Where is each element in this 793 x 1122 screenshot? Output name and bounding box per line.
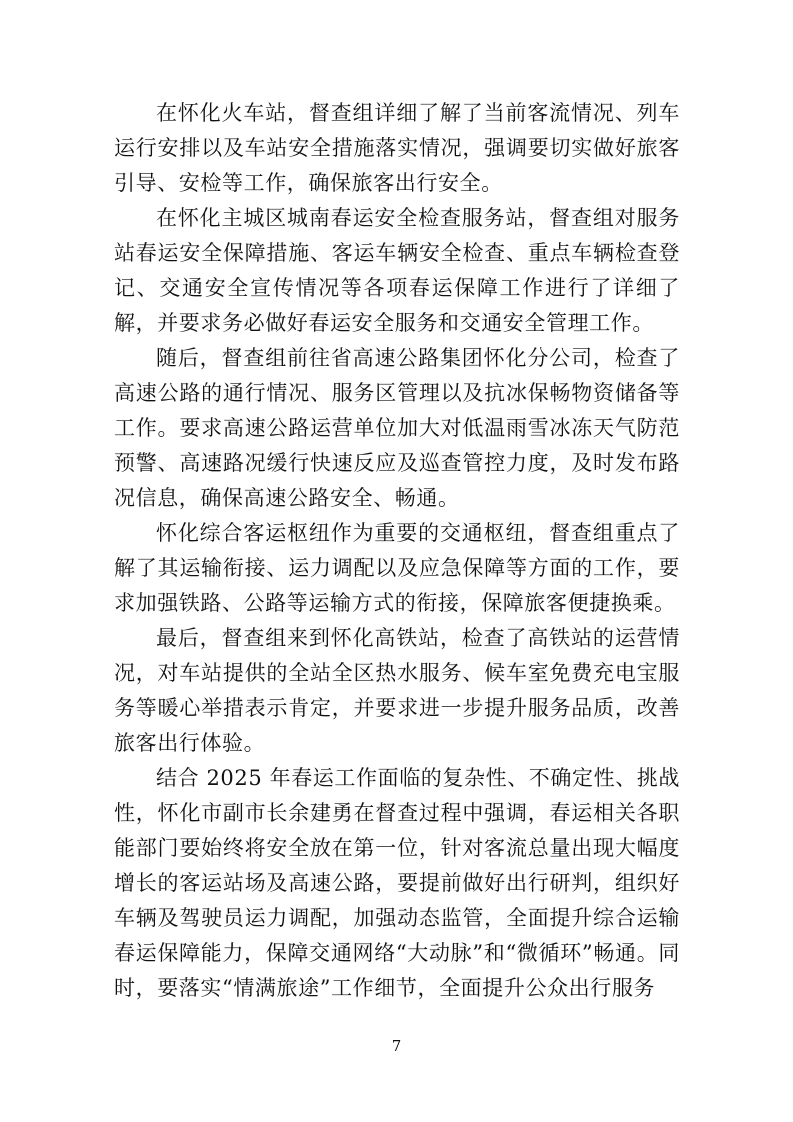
paragraph: 怀化综合客运枢纽作为重要的交通枢纽，督查组重点了解了其运输衔接、运力调配以及应急… xyxy=(114,516,680,621)
page-number: 7 xyxy=(392,1037,402,1055)
page-footer: 7 xyxy=(0,1036,793,1055)
paragraph: 在怀化火车站，督查组详细了解了当前客流情况、列车运行安排以及车站安全措施落实情况… xyxy=(114,96,680,201)
paragraph: 最后，督查组来到怀化高铁站，检查了高铁站的运营情况，对车站提供的全站全区热水服务… xyxy=(114,621,680,761)
document-page: 在怀化火车站，督查组详细了解了当前客流情况、列车运行安排以及车站安全措施落实情况… xyxy=(0,0,793,1122)
paragraph: 结合 2025 年春运工作面临的复杂性、不确定性、挑战性，怀化市副市长余建勇在督… xyxy=(114,761,680,1006)
document-body: 在怀化火车站，督查组详细了解了当前客流情况、列车运行安排以及车站安全措施落实情况… xyxy=(114,96,680,1006)
paragraph: 随后，督查组前往省高速公路集团怀化分公司，检查了高速公路的通行情况、服务区管理以… xyxy=(114,341,680,516)
paragraph: 在怀化主城区城南春运安全检查服务站，督查组对服务站春运安全保障措施、客运车辆安全… xyxy=(114,201,680,341)
